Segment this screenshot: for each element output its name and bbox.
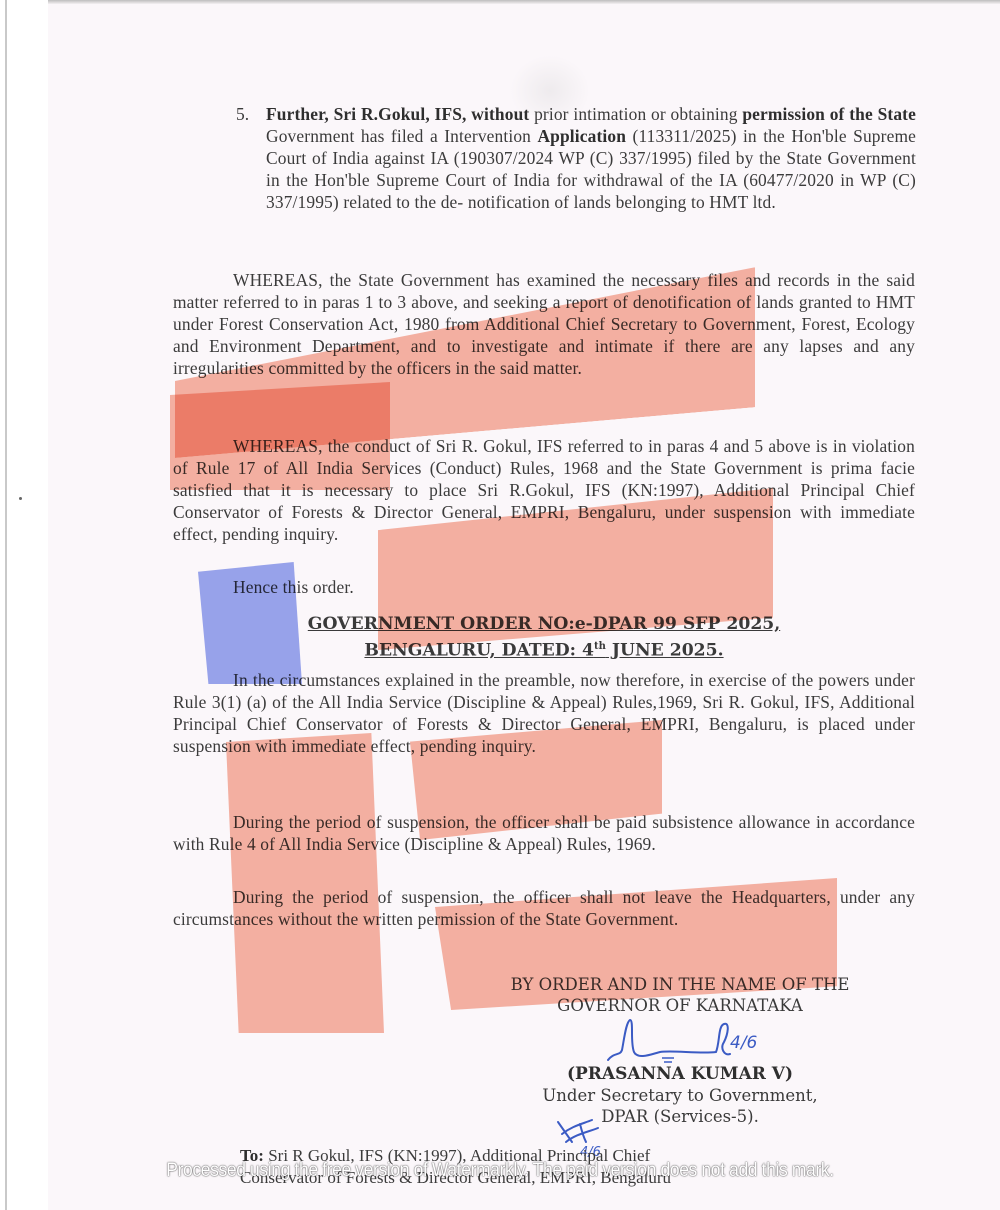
page-edge [5,0,7,1210]
hence-line: Hence this order. [173,577,915,599]
headquarters-paragraph: During the period of suspension, the off… [173,887,915,931]
para5-bold-mid: permission of the State [742,104,916,124]
order-heading-month: JUNE 2025. [606,641,724,661]
whereas-paragraph-1: WHEREAS, the State Government has examin… [173,270,915,380]
scan-speck [19,497,22,500]
page-top-edge [48,0,1000,4]
para5-text-b: Government has filed a Intervention [266,126,537,146]
handwritten-signature: 4/6 [600,1012,780,1072]
order-body: In the circumstances explained in the pr… [173,670,915,758]
signature-date: 4/6 [730,1033,758,1053]
order-heading-date: BENGALURU, DATED: 4 [364,641,594,661]
signatory-department: DPAR (Services-5). [470,1106,890,1127]
order-heading-line-1: GOVERNMENT ORDER NO:e-DPAR 99 SFP 2025, [173,613,915,635]
watermark-text: Processed using the free version of Wate… [40,1160,960,1182]
whereas-paragraph-2: WHEREAS, the conduct of Sri R. Gokul, IF… [173,436,915,546]
para5-text-a: prior intimation or obtaining [529,104,742,124]
paragraph-5: Further, Sri R.Gokul, IFS, without prior… [266,104,916,214]
para5-lead: Further, Sri R.Gokul, IFS, without [266,104,529,124]
subsistence-paragraph: During the period of suspension, the off… [173,812,915,856]
order-heading-line-2: BENGALURU, DATED: 4th JUNE 2025. [173,636,915,662]
signatory-designation: Under Secretary to Government, [470,1085,890,1106]
by-order-line: BY ORDER AND IN THE NAME OF THE [470,974,890,995]
signatory-name: (PRASANNA KUMAR V) [470,1064,890,1085]
para5-bold-app: Application [537,126,626,146]
para-number: 5. [236,104,249,125]
order-heading-sup: th [594,641,606,652]
